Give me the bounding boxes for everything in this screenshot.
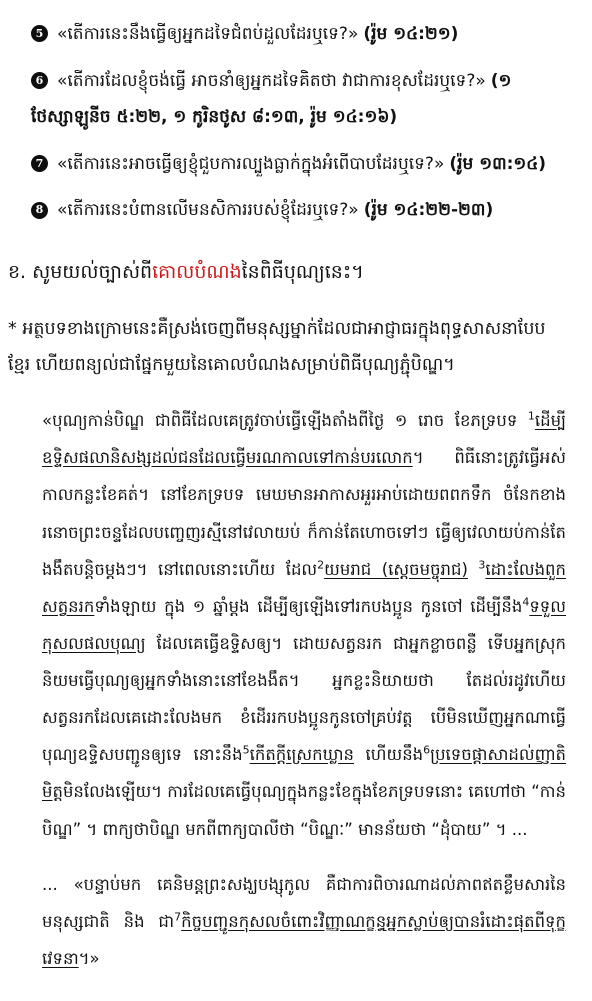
question-item-7: 7«តើការនេះអាចធ្វើឲ្យខ្ញុំជួបការល្បួងធ្លា… — [31, 146, 566, 183]
underlined-phrase: យមរាជ (ស្តេចមច្ចុរាជ) — [324, 560, 468, 579]
questions-list: 5«តើការនេះនឹងធ្វើឲ្យអ្នកដទៃជំពប់ដួលដែរឬទ… — [8, 16, 566, 229]
text-segment: ហើយនឹង — [354, 745, 423, 764]
document-page: 5«តើការនេះនឹងធ្វើឲ្យអ្នកដទៃជំពប់ដួលដែរឬទ… — [0, 0, 592, 1001]
superscript-footnote-marker: 1 — [528, 410, 535, 423]
text-segment — [468, 560, 478, 579]
text-segment: មិនលែងឡើយ។ ការដែលគេធ្វើបុណ្យក្នុងកន្លះខែ… — [42, 782, 566, 838]
question-text: «តើការនេះនឹងធ្វើឲ្យអ្នកដទៃជំពប់ដួលដែរឬទេ… — [57, 24, 358, 44]
heading-suffix: នៃពិធីបុណ្យនេះ។ — [242, 261, 364, 283]
scripture-reference: (រ៉ូម ១៤:២២-២៣) — [364, 200, 494, 220]
numbered-bullet-icon: 8 — [31, 202, 48, 219]
text-segment: «បុណ្យកាន់បិណ្ឌ ជាពិធីដែលគេត្រូវចាប់ធ្វើ… — [42, 411, 528, 430]
question-text: «តើការនេះអាចធ្វើឲ្យខ្ញុំជួបការល្បួងធ្លាក… — [57, 154, 444, 174]
quote-paragraph-1: «បុណ្យកាន់បិណ្ឌ ជាពិធីដែលគេត្រូវចាប់ធ្វើ… — [42, 402, 566, 848]
question-text: «តើការដែលខ្ញុំចង់ធ្វើ អាចនាំឲ្យអ្នកដទៃគិ… — [57, 71, 486, 91]
scripture-reference: (រ៉ូម ១៤:២១) — [363, 24, 458, 44]
question-item-6: 6«តើការដែលខ្ញុំចង់ធ្វើ អាចនាំឲ្យអ្នកដទៃគ… — [31, 63, 566, 136]
quote-paragraph-2: ... «បន្ទាប់មក គេនិមន្តព្រះសង្ឃបង្សុកូល … — [42, 866, 566, 977]
note-text: អត្ថបទខាងក្រោមនេះគឺស្រង់ចេញពីមនុស្សម្នាក… — [8, 319, 546, 376]
question-item-8: 8«តើការនេះបំពានលើមនសិការរបស់ខ្ញុំដែរឬទេ?… — [31, 192, 566, 229]
section-heading: ខ. សូមយល់ច្បាស់ពីគោលបំណងនៃពិធីបុណ្យនេះ។ — [8, 253, 566, 291]
text-segment: ទាំងឡាយ ក្នុង ១ ឆ្នាំម្តង ដើម្បីឲ្យឡើងទៅ… — [94, 597, 522, 616]
note-paragraph: * អត្ថបទខាងក្រោមនេះគឺស្រង់ចេញពីមនុស្សម្ន… — [8, 311, 566, 385]
underlined-phrase: កើតក្តីស្រេកឃ្លាន — [250, 745, 354, 764]
text-segment: ។» — [79, 949, 100, 968]
numbered-bullet-icon: 7 — [31, 155, 48, 172]
superscript-footnote-marker: 5 — [243, 744, 250, 757]
question-text: «តើការនេះបំពានលើមនសិការរបស់ខ្ញុំដែរឬទេ?» — [57, 200, 359, 220]
asterisk-marker: * — [8, 319, 17, 339]
quote-block: «បុណ្យកាន់បិណ្ឌ ជាពិធីដែលគេត្រូវចាប់ធ្វើ… — [42, 402, 566, 977]
highlighted-phrase: គោលបំណង — [152, 261, 242, 283]
question-item-5: 5«តើការនេះនឹងធ្វើឲ្យអ្នកដទៃជំពប់ដួលដែរឬទ… — [31, 16, 566, 53]
numbered-bullet-icon: 6 — [31, 72, 48, 89]
heading-prefix: ខ. សូមយល់ច្បាស់ពី — [8, 261, 152, 283]
scripture-reference: (រ៉ូម ១៣:១៤) — [449, 154, 546, 174]
numbered-bullet-icon: 5 — [31, 25, 48, 42]
